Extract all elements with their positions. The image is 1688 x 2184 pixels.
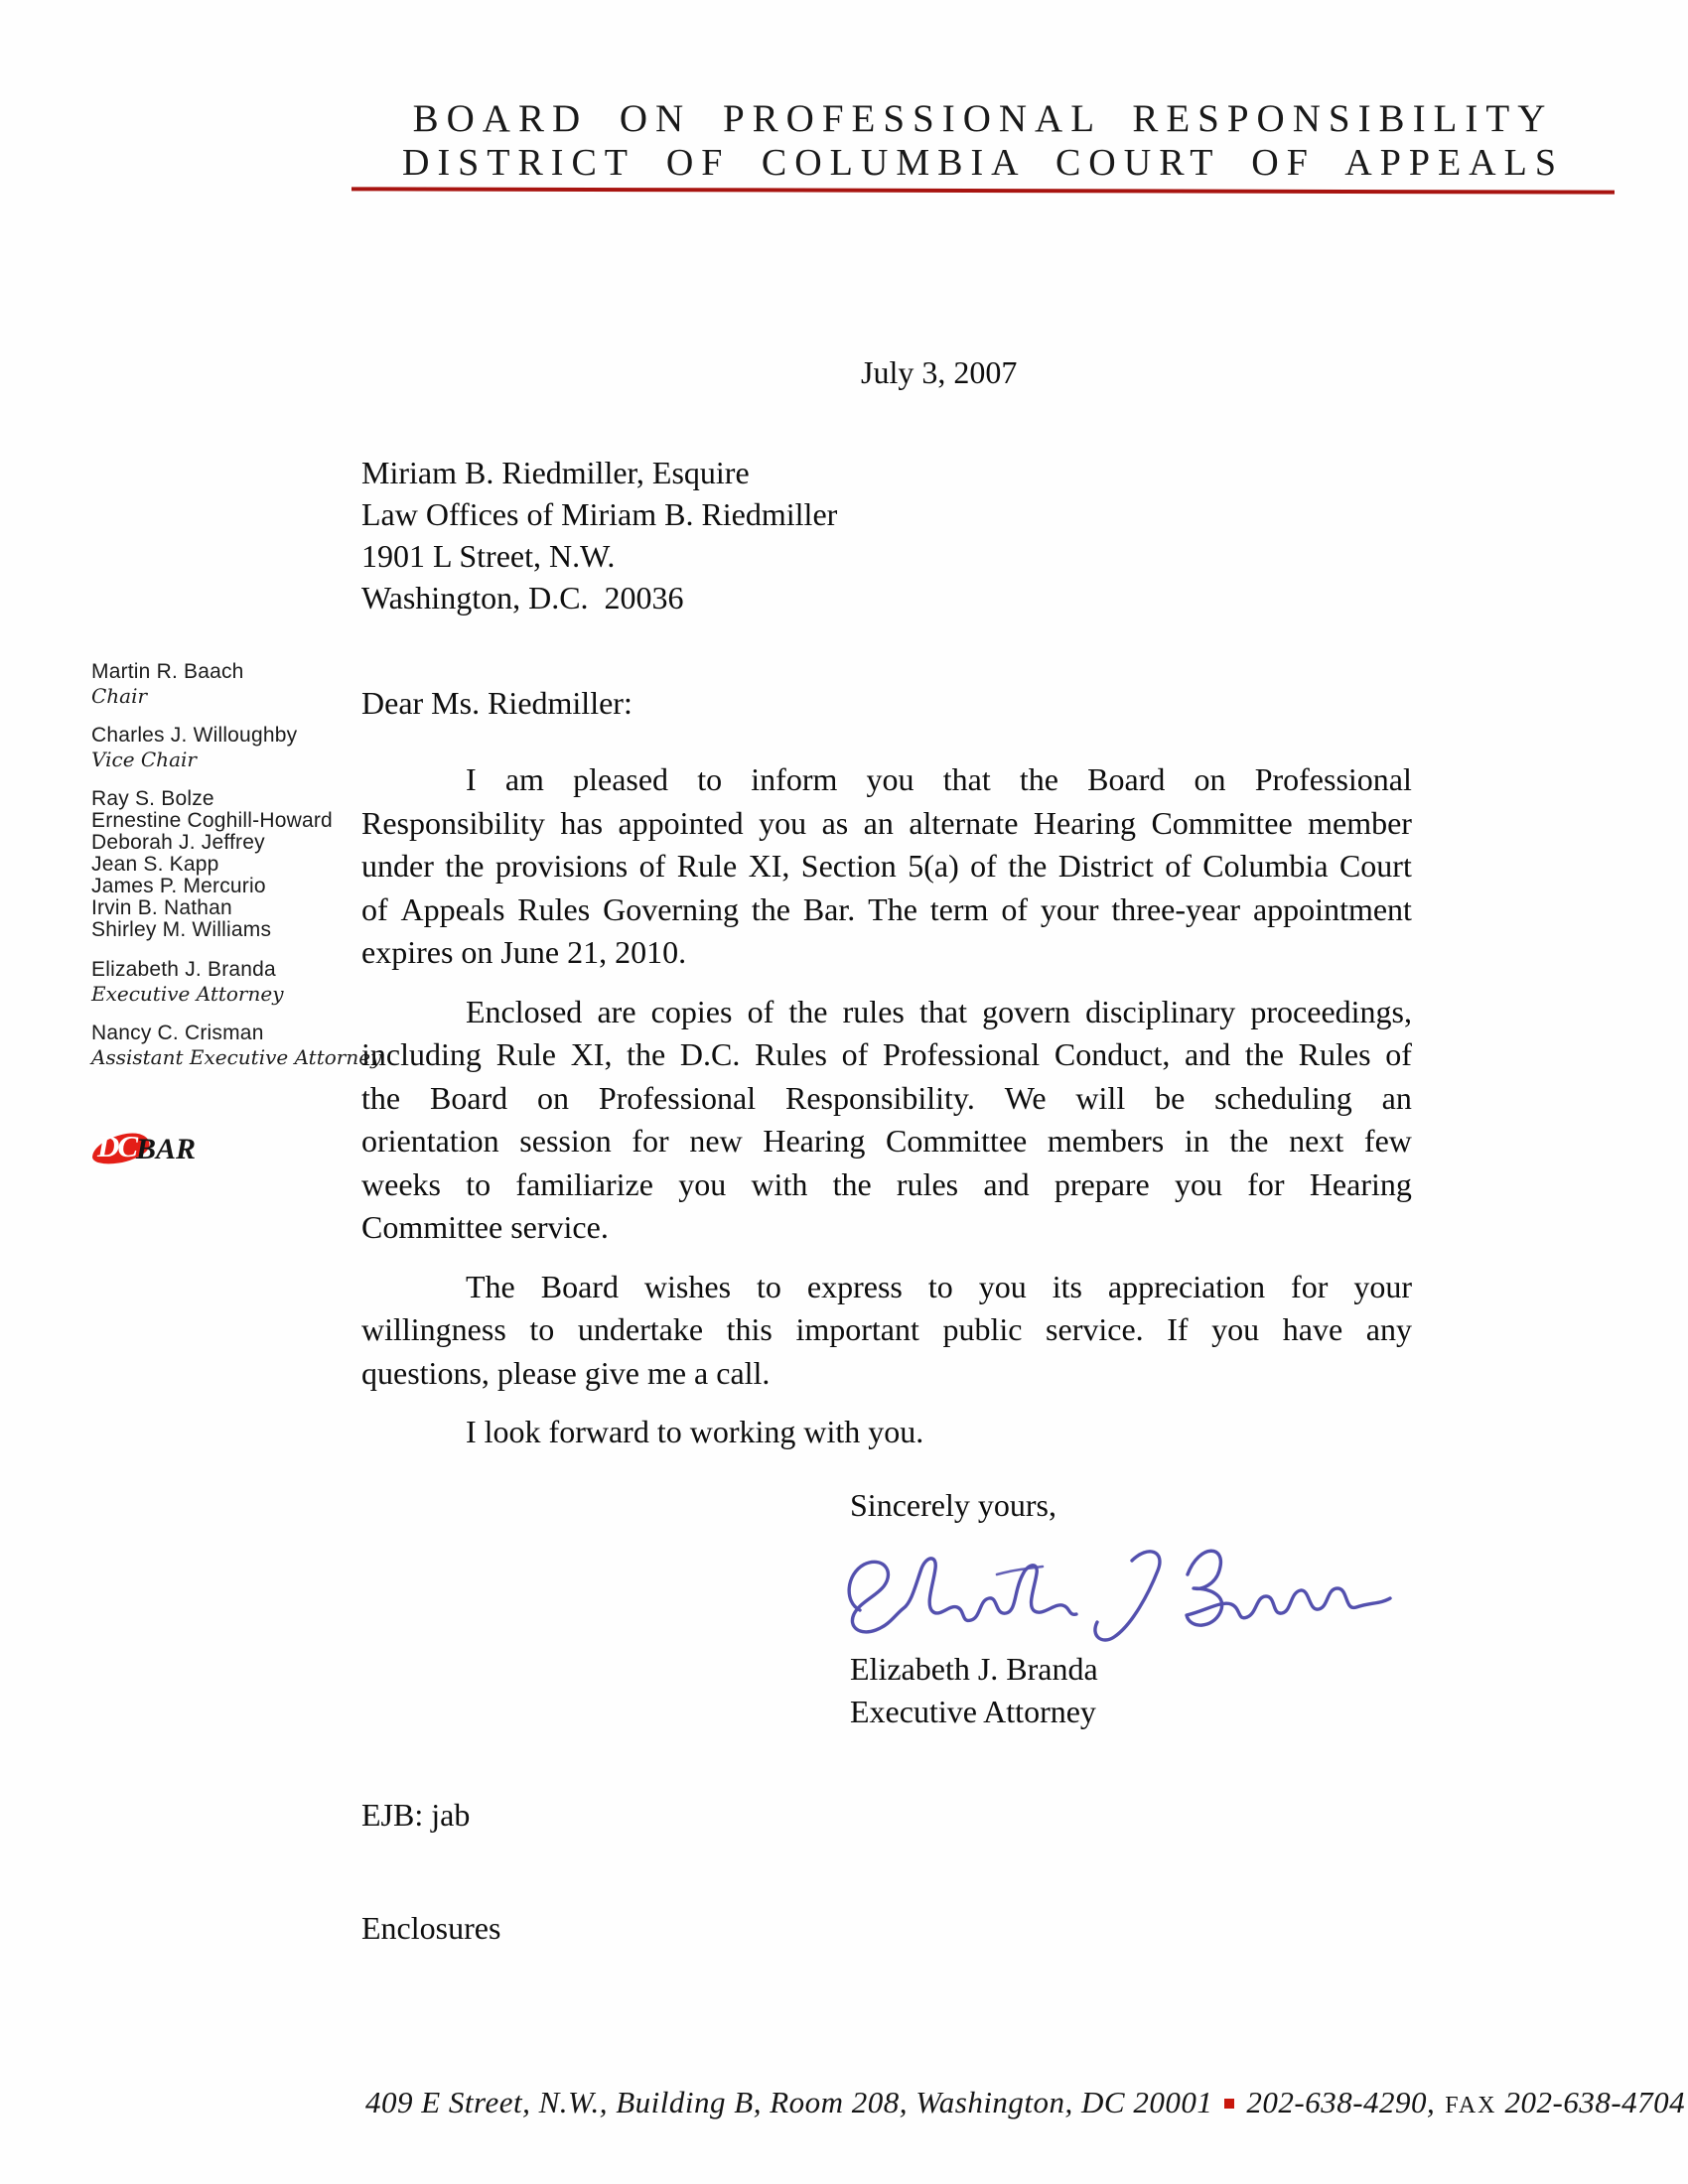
body-word: rules xyxy=(897,1163,958,1207)
body-line: theBoardonProfessionalResponsibility.Wew… xyxy=(361,1077,1412,1121)
body-word: Rule xyxy=(677,845,737,888)
body-word: The xyxy=(466,1266,515,1309)
body-word: under xyxy=(361,845,434,888)
body-word: of xyxy=(1165,845,1192,888)
body-line: Responsibilityhasappointedyouasanalterna… xyxy=(361,802,1412,846)
letter-page: BOARD ON PROFESSIONAL RESPONSIBILITY DIS… xyxy=(0,0,1688,2184)
body-word: prepare xyxy=(1055,1163,1150,1207)
body-word: Rules xyxy=(517,888,590,932)
body-word: Appeals xyxy=(401,888,505,932)
body-word: Responsibility xyxy=(361,802,545,846)
body-word: of xyxy=(842,1033,869,1077)
body-word: The xyxy=(868,888,917,932)
body-word: have xyxy=(1283,1308,1342,1352)
body-word: Rules xyxy=(1299,1033,1371,1077)
body-word: of xyxy=(639,845,666,888)
dcbar-logo-bar-text: BAR xyxy=(136,1135,196,1164)
body-word: session xyxy=(519,1120,611,1163)
roster-role: Vice Chair xyxy=(91,749,369,770)
body-word: govern xyxy=(982,991,1070,1034)
recipient-line: Miriam B. Riedmiller, Esquire xyxy=(361,452,837,493)
body-word: Rule xyxy=(496,1033,556,1077)
roster-group: Elizabeth J. BrandaExecutive Attorney xyxy=(91,959,369,1005)
body-word: are xyxy=(597,991,635,1034)
body-word: Board xyxy=(430,1077,507,1121)
body-word: weeks xyxy=(361,1163,441,1207)
body-line: Committee service. xyxy=(361,1206,1412,1250)
body-word: for xyxy=(1291,1266,1328,1309)
body-word: as xyxy=(822,802,849,846)
body-line: IampleasedtoinformyouthattheBoardonProfe… xyxy=(361,758,1412,802)
body-word: I xyxy=(466,758,477,802)
body-word: be xyxy=(1155,1077,1185,1121)
roster-group: Martin R. BaachChair xyxy=(91,661,369,707)
footer-phone: 202-638-4290, xyxy=(1246,2085,1435,2119)
reference-initials: EJB: jab xyxy=(361,1793,470,1837)
roster-name: Irvin B. Nathan xyxy=(91,897,369,919)
body-word: am xyxy=(505,758,544,802)
body-word: the xyxy=(445,845,484,888)
footer-address: 409 E Street, N.W., Building B, Room 208… xyxy=(365,2085,1212,2119)
body-word: any xyxy=(1366,1308,1412,1352)
body-word: appointed xyxy=(618,802,743,846)
org-name-line2: DISTRICT OF COLUMBIA COURT OF APPEALS xyxy=(338,141,1628,186)
body-word: to xyxy=(529,1308,554,1352)
body-word: disciplinary xyxy=(1085,991,1235,1034)
body-word: the xyxy=(833,1163,872,1207)
body-word: service. xyxy=(1046,1308,1144,1352)
body-paragraph: IampleasedtoinformyouthattheBoardonProfe… xyxy=(361,758,1412,975)
roster-role: Executive Attorney xyxy=(91,983,369,1005)
body-word: this xyxy=(727,1308,773,1352)
body-word: 5(a) xyxy=(908,845,959,888)
recipient-line: Law Offices of Miriam B. Riedmiller xyxy=(361,493,837,535)
body-line: includingRuleXI,theD.C.RulesofProfession… xyxy=(361,1033,1412,1077)
roster-name: Martin R. Baach xyxy=(91,661,369,683)
body-word: Columbia xyxy=(1202,845,1328,888)
roster-name: Deborah J. Jeffrey xyxy=(91,832,369,854)
body-line: TheBoardwishestoexpresstoyouitsappreciat… xyxy=(361,1266,1412,1309)
body-word: pleased xyxy=(573,758,668,802)
letterhead-rule xyxy=(352,187,1615,194)
roster-group: Ray S. BolzeErnestine Coghill-HowardDebo… xyxy=(91,788,369,941)
body-paragraph: I look forward to working with you. xyxy=(361,1411,1412,1454)
recipient-line: Washington, D.C. 20036 xyxy=(361,577,837,618)
roster-group: Charles J. WilloughbyVice Chair xyxy=(91,725,369,770)
body-word: of xyxy=(748,991,774,1034)
dcbar-logo: DC BAR xyxy=(92,1130,251,1173)
body-word: you xyxy=(979,1266,1027,1309)
body-word: appointment xyxy=(1253,888,1412,932)
body-word: the xyxy=(1229,1120,1268,1163)
body-word: you xyxy=(1175,1163,1222,1207)
body-word: Enclosed xyxy=(466,991,582,1034)
body-word: Professional xyxy=(599,1077,756,1121)
body-word: XI, xyxy=(749,845,790,888)
body-word: Hearing xyxy=(763,1120,865,1163)
body-word: the xyxy=(361,1077,400,1121)
body-word: for xyxy=(632,1120,668,1163)
body-word: you xyxy=(759,802,806,846)
body-word: Committee xyxy=(1151,802,1292,846)
body-word: appreciation xyxy=(1108,1266,1265,1309)
body-paragraph: Enclosedarecopiesoftherulesthatgoverndis… xyxy=(361,991,1412,1250)
roster-group: Nancy C. CrismanAssistant Executive Atto… xyxy=(91,1023,369,1068)
org-name-line1: BOARD ON PROFESSIONAL RESPONSIBILITY xyxy=(338,96,1628,141)
body-word: for xyxy=(1247,1163,1284,1207)
footer-fax-number: 202-638-4704 xyxy=(1505,2085,1686,2119)
body-word: you xyxy=(867,758,914,802)
date-line: July 3, 2007 xyxy=(861,350,1017,394)
signer-title: Executive Attorney xyxy=(850,1691,1098,1733)
body-word: Hearing xyxy=(1310,1163,1412,1207)
salutation: Dear Ms. Riedmiller: xyxy=(361,681,1412,725)
roster-name: Jean S. Kapp xyxy=(91,854,369,876)
body-line: expires on June 21, 2010. xyxy=(361,931,1412,975)
body-paragraph: TheBoardwishestoexpresstoyouitsappreciat… xyxy=(361,1266,1412,1396)
roster-role: Chair xyxy=(91,685,369,707)
recipient-line: 1901 L Street, N.W. xyxy=(361,535,837,577)
roster-name: Shirley M. Williams xyxy=(91,919,369,941)
body-word: and xyxy=(983,1163,1029,1207)
body-word: public xyxy=(942,1308,1022,1352)
roster-name: James P. Mercurio xyxy=(91,876,369,897)
board-roster: Martin R. BaachChairCharles J. Willoughb… xyxy=(91,661,369,1086)
roster-name: Nancy C. Crisman xyxy=(91,1023,369,1044)
body-word: proceedings, xyxy=(1250,991,1412,1034)
body-word: to xyxy=(697,758,722,802)
body-word: Governing xyxy=(603,888,739,932)
body-word: inform xyxy=(751,758,837,802)
valediction: Sincerely yours, xyxy=(850,1483,1056,1527)
body-word: scheduling xyxy=(1214,1077,1352,1121)
body-word: the xyxy=(1020,758,1058,802)
body-word: Conduct, xyxy=(1055,1033,1170,1077)
footer-fax-label: FAX xyxy=(1445,2093,1496,2118)
body-word: undertake xyxy=(578,1308,703,1352)
body-line: weekstofamiliarizeyouwiththerulesandprep… xyxy=(361,1163,1412,1207)
signature-ink xyxy=(832,1531,1398,1660)
body-word: alternate xyxy=(909,802,1018,846)
body-word: on xyxy=(537,1077,569,1121)
body-word: including xyxy=(361,1033,482,1077)
body-word: important xyxy=(795,1308,918,1352)
body-word: the xyxy=(788,991,827,1034)
body-word: term xyxy=(930,888,989,932)
body-word: Section xyxy=(801,845,897,888)
body-word: Professional xyxy=(1255,758,1412,802)
body-line: undertheprovisionsofRuleXI,Section5(a)of… xyxy=(361,845,1412,888)
body-word: Responsibility. xyxy=(785,1077,975,1121)
body-word: members xyxy=(1048,1120,1164,1163)
body-word: the xyxy=(1008,845,1047,888)
roster-role: Assistant Executive Attorney xyxy=(91,1046,369,1068)
body-word: your xyxy=(1353,1266,1412,1309)
body-word: rules xyxy=(843,991,905,1034)
signature-stroke-j xyxy=(1095,1552,1160,1640)
letterhead: BOARD ON PROFESSIONAL RESPONSIBILITY DIS… xyxy=(338,96,1628,186)
body-word: your xyxy=(1041,888,1099,932)
body-word: few xyxy=(1364,1120,1412,1163)
body-word: express xyxy=(807,1266,903,1309)
signer-block: Elizabeth J. Branda Executive Attorney xyxy=(850,1648,1098,1733)
body-word: of xyxy=(1385,1033,1412,1077)
body-word: to xyxy=(928,1266,953,1309)
body-word: If xyxy=(1167,1308,1188,1352)
body-word: the xyxy=(1245,1033,1284,1077)
body-word: Professional xyxy=(883,1033,1040,1077)
body-word: copies xyxy=(651,991,733,1034)
body-word: and xyxy=(1185,1033,1230,1077)
body-word: on xyxy=(1195,758,1226,802)
body-word: you xyxy=(678,1163,726,1207)
dcbar-logo-dc-text: DC xyxy=(97,1131,136,1161)
roster-name: Ernestine Coghill-Howard xyxy=(91,810,369,832)
body-word: the xyxy=(752,888,790,932)
body-word: wishes xyxy=(644,1266,731,1309)
body-word: willingness xyxy=(361,1308,506,1352)
body-word: of xyxy=(361,888,388,932)
body-word: an xyxy=(1382,1077,1412,1121)
body-word: Committee xyxy=(886,1120,1027,1163)
body-word: next xyxy=(1289,1120,1343,1163)
body-word: familiarize xyxy=(515,1163,653,1207)
enclosures-note: Enclosures xyxy=(361,1906,500,1950)
signature-stroke-elizabeth xyxy=(849,1559,1076,1632)
body-word: with xyxy=(751,1163,807,1207)
body-word: We xyxy=(1005,1077,1047,1121)
body-word: an xyxy=(864,802,894,846)
body-word: three-year xyxy=(1111,888,1240,932)
recipient-block: Miriam B. Riedmiller, EsquireLaw Offices… xyxy=(361,452,837,618)
body-word: of xyxy=(970,845,997,888)
body-word: orientation xyxy=(361,1120,499,1163)
body-word: has xyxy=(560,802,603,846)
roster-name: Elizabeth J. Branda xyxy=(91,959,369,981)
body-word: will xyxy=(1075,1077,1125,1121)
signer-name: Elizabeth J. Branda xyxy=(850,1648,1098,1691)
body-word: D.C. xyxy=(680,1033,740,1077)
body-word: that xyxy=(943,758,991,802)
roster-name: Ray S. Bolze xyxy=(91,788,369,810)
body-word: in xyxy=(1185,1120,1209,1163)
body-word: member xyxy=(1308,802,1412,846)
body-word: XI, xyxy=(571,1033,613,1077)
page-footer: 409 E Street, N.W., Building B, Room 208… xyxy=(365,2083,1685,2125)
body-word: Board xyxy=(1087,758,1165,802)
body-line: I look forward to working with you. xyxy=(361,1411,1412,1454)
body-word: that xyxy=(919,991,967,1034)
body-word: District xyxy=(1058,845,1154,888)
body-word: Court xyxy=(1339,845,1412,888)
body-word: to xyxy=(757,1266,781,1309)
body-word: new xyxy=(689,1120,742,1163)
body-word: of xyxy=(1001,888,1028,932)
body-word: you xyxy=(1211,1308,1259,1352)
body-word: Rules xyxy=(755,1033,827,1077)
body-line: orientationsessionfornewHearingCommittee… xyxy=(361,1120,1412,1163)
body-word: to xyxy=(466,1163,491,1207)
body-line: ofAppealsRulesGoverningtheBar.Thetermofy… xyxy=(361,888,1412,932)
body-word: Board xyxy=(541,1266,619,1309)
body-word: Hearing xyxy=(1034,802,1136,846)
body-word: Bar. xyxy=(803,888,855,932)
body-line: willingnesstoundertakethisimportantpubli… xyxy=(361,1308,1412,1352)
letter-body: Dear Ms. Riedmiller: Iampleasedtoinformy… xyxy=(361,681,1412,1470)
footer-bullet-square xyxy=(1224,2099,1234,2109)
body-line: Enclosedarecopiesoftherulesthatgoverndis… xyxy=(361,991,1412,1034)
body-word: provisions xyxy=(495,845,628,888)
body-word: its xyxy=(1053,1266,1082,1309)
body-word: the xyxy=(627,1033,665,1077)
body-line: questions, please give me a call. xyxy=(361,1352,1412,1396)
roster-name: Charles J. Willoughby xyxy=(91,725,369,747)
signature-stroke-branda xyxy=(1187,1551,1390,1625)
